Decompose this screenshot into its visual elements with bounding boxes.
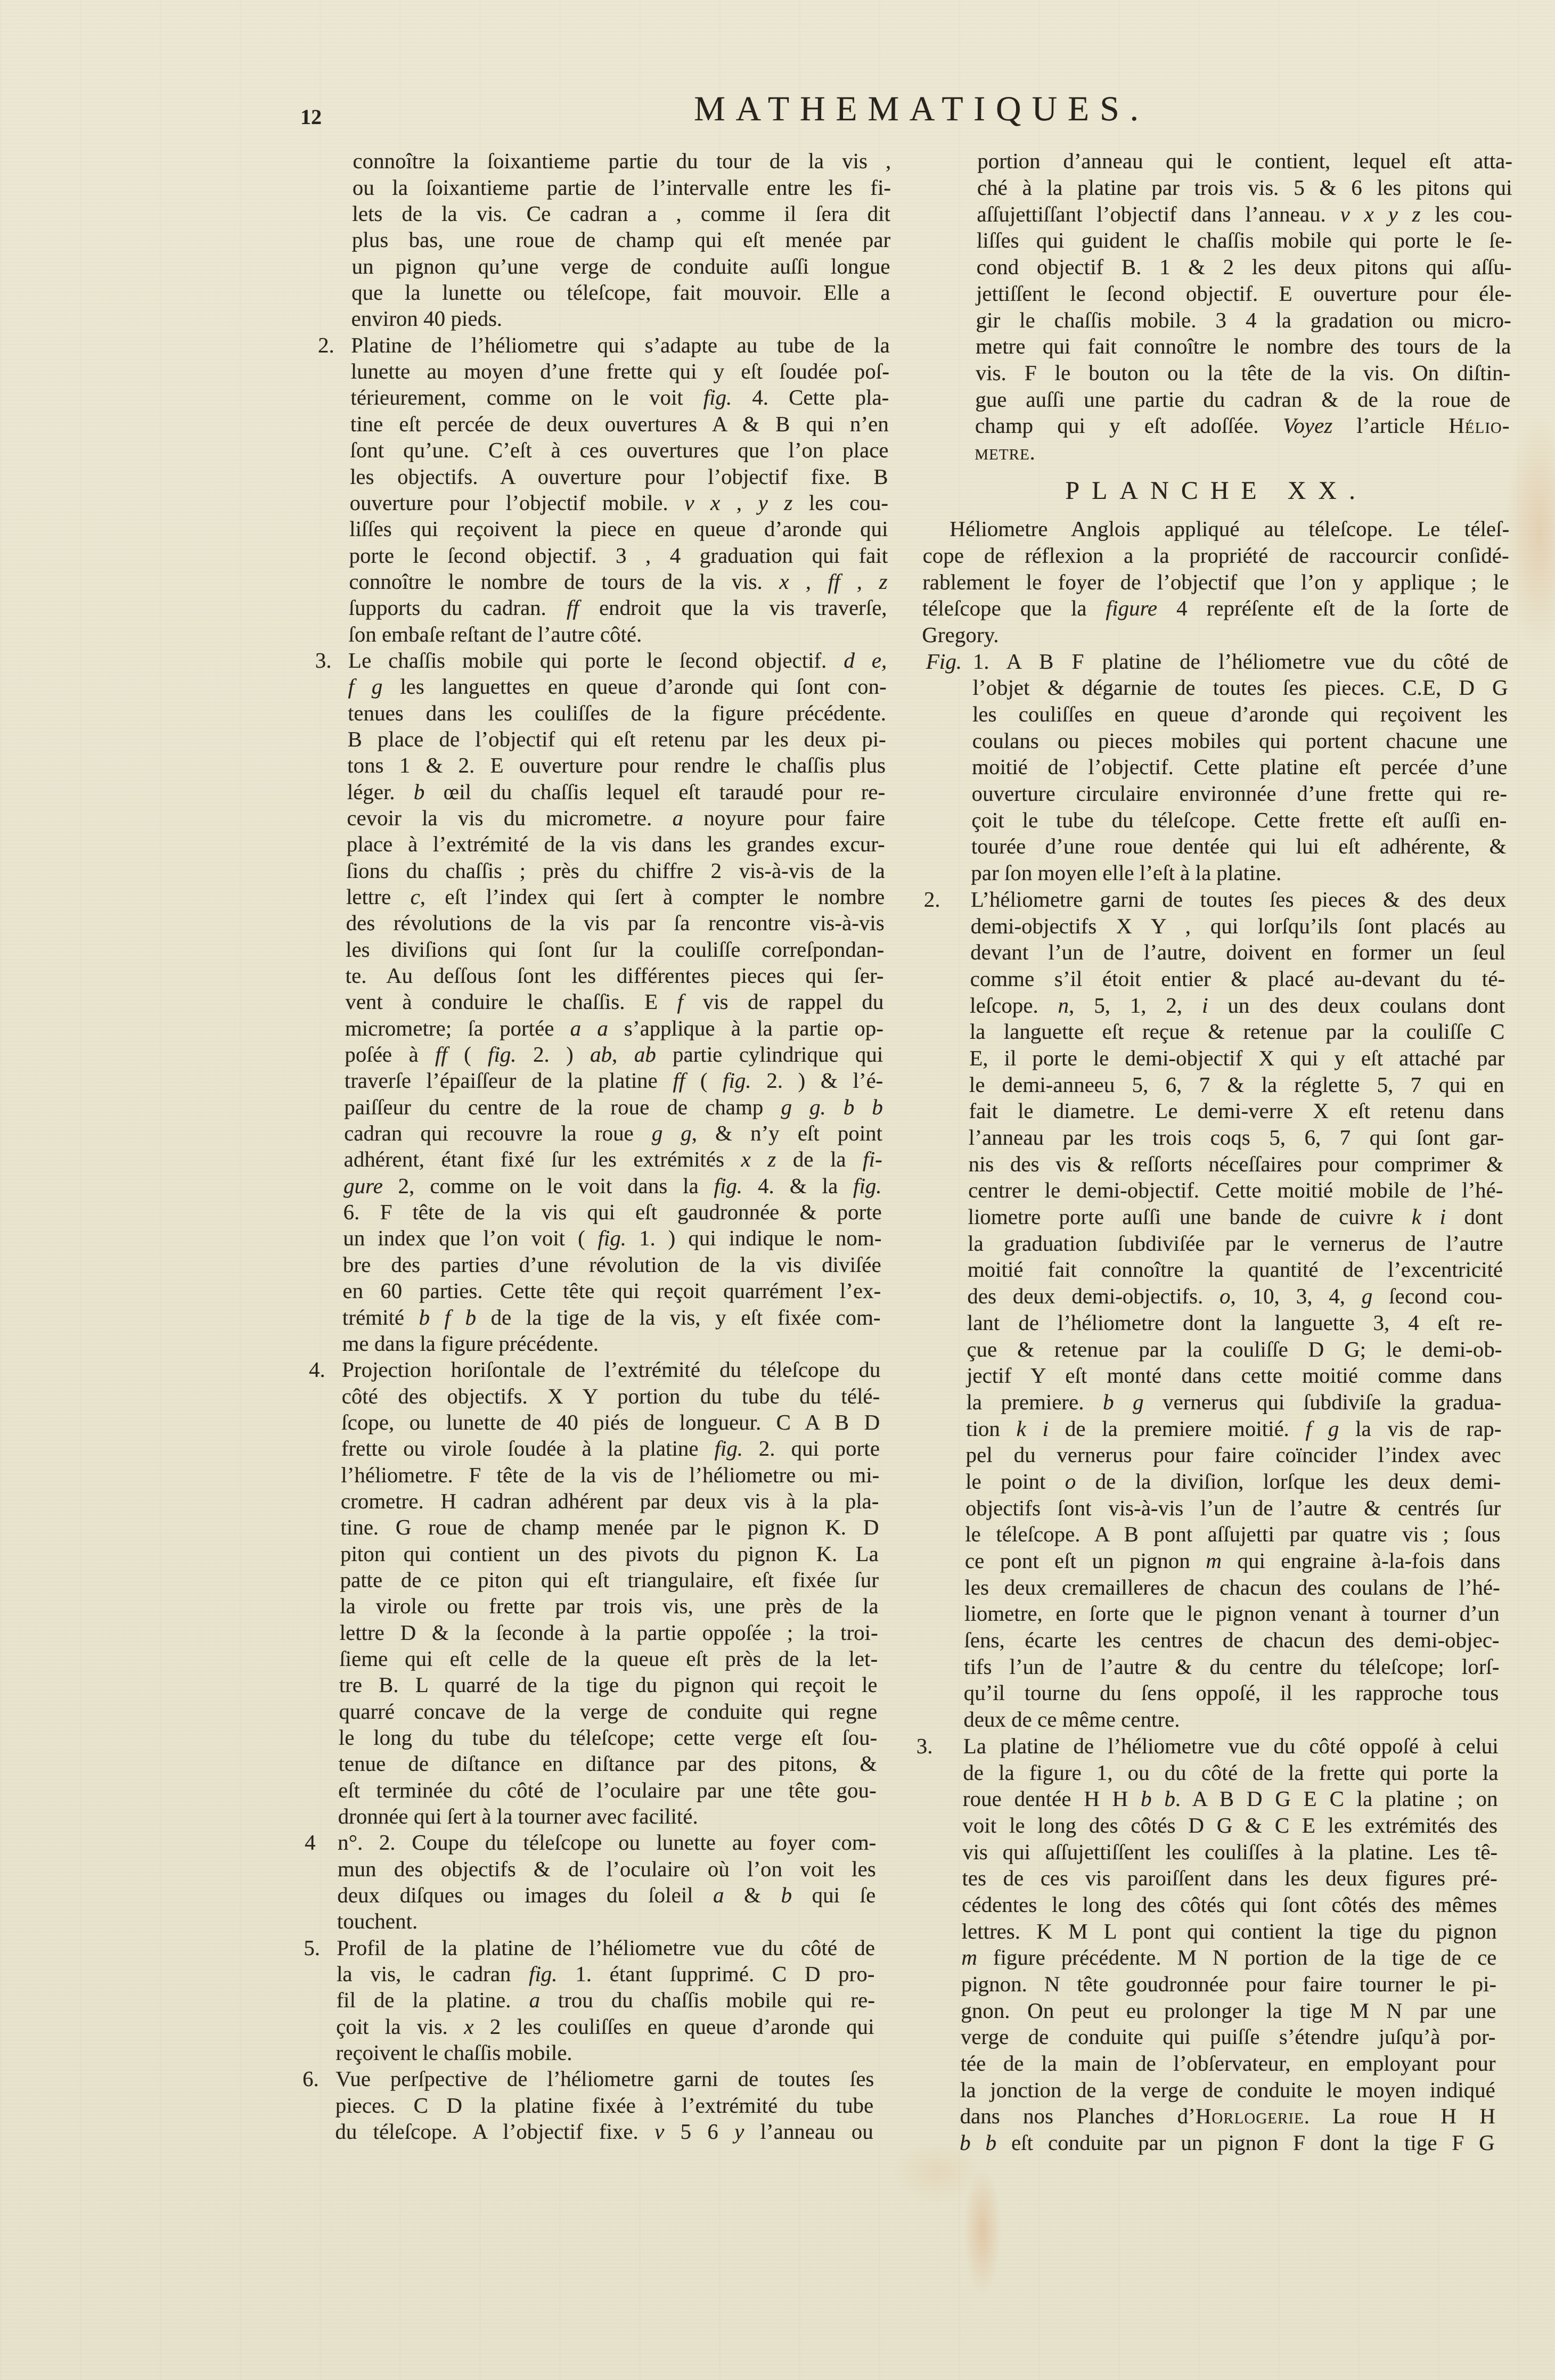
text-run: les deux cremailleres de chacun des coul… [964, 1575, 1500, 1599]
text-line: la languette eſt reçue & retenue par la … [970, 1019, 1505, 1045]
line-text: le téleſcope. A B pont aſſujetti par qua… [965, 1521, 1501, 1548]
line-text: dans nos Planches d’Horlogerie. La roue … [960, 2103, 1495, 2130]
item-number-label: 2. [318, 332, 334, 358]
text-line: rablement le foyer de l’objectif que l’o… [922, 569, 1509, 596]
line-text: me dans la figure précédente. [342, 1331, 599, 1357]
text-line: les couliſſes en queue d’aronde qui reço… [972, 701, 1508, 728]
figure-item: connoître la ſoixantieme partie du tour … [316, 148, 891, 332]
line-text: cédentes le long des côtés qui ſont côté… [962, 1892, 1497, 1918]
text-run: liometre, en ſorte que le pignon venant … [964, 1601, 1500, 1626]
text-run: vis qui aſſujettiſſent les couliſſes à l… [962, 1840, 1498, 1864]
line-text: cevoir la vis du micrometre. a noyure po… [347, 805, 885, 831]
text-line: l’héliometre. F tête de la vis de l’héli… [341, 1462, 879, 1488]
line-text: voit le long des côtés D G & C E les ext… [962, 1812, 1497, 1839]
text-run: vernerus qui ſubdiviſe la gradua- [1143, 1390, 1501, 1414]
text-run: la vis, le cadran [337, 1962, 529, 1986]
line-text: Projection horiſontale de l’extrémité du… [342, 1357, 881, 1383]
text-run: comme s’il étoit entier & placé au-devan… [970, 966, 1505, 991]
line-text: Gregory. [922, 622, 999, 649]
text-run: Vue perſpective de l’héliometre garni de… [335, 2066, 874, 2091]
text-run: œil du chaſſis lequel eſt taraudé pour r… [424, 779, 885, 804]
line-text: jectif Y eſt monté dans cette moitié com… [967, 1363, 1502, 1389]
figure-item: Fig.1. A B F platine de l’héliometre vue… [920, 649, 1508, 887]
text-run: qui ſe [792, 1883, 876, 1907]
italic-run: v x , y z [684, 490, 792, 515]
text-line: la vis, le cadran fig. 1. étant ſupprimé… [337, 1961, 875, 1987]
italic-run: x , ff , z [779, 569, 888, 594]
line-text: porte le ſecond objectif. 3 , 4 graduati… [349, 543, 888, 569]
text-run: lets de la vis. Ce cadran a , comme il ſ… [352, 201, 890, 226]
text-line: vent à conduire le chaſſis. E f vis de r… [345, 989, 883, 1015]
text-run: connoître la ſoixantieme partie du tour … [353, 149, 891, 173]
line-text: le demi-anneeu 5, 6, 7 & la réglette 5, … [969, 1072, 1504, 1098]
line-text: deux diſques ou images du ſoleil a & b q… [337, 1882, 875, 1908]
line-text: ſens, écarte les centres de chacun des d… [964, 1627, 1499, 1654]
text-line: cond objectif B. 1 & 2 les deux pitons q… [976, 254, 1511, 281]
line-text: tenue de diſtance en diſtance par des pi… [338, 1751, 877, 1777]
line-text: cond objectif B. 1 & 2 les deux pitons q… [976, 254, 1511, 281]
italic-run: ab [634, 1042, 656, 1066]
text-run: n°. 2. Coupe du téleſcope ou lunette au … [338, 1830, 877, 1854]
text-line: fait le diametre. Le demi-verre X eſt re… [969, 1098, 1504, 1125]
text-run: vis. F le bouton ou la tête de la vis. O… [976, 360, 1511, 385]
text-run: jectif Y eſt monté dans cette moitié com… [967, 1363, 1502, 1388]
italic-run: d e, [844, 648, 887, 672]
text-line: bre des parties d’une révolution de la v… [343, 1252, 881, 1278]
line-text: fait le diametre. Le demi-verre X eſt re… [969, 1098, 1504, 1125]
line-text: tine. G roue de champ menée par le pigno… [340, 1514, 879, 1540]
line-text: touchent. [337, 1908, 418, 1934]
text-line: ſieme qui eſt celle de la queue eſt près… [339, 1646, 878, 1672]
text-run: tine eſt percée de deux ouvertures A & B… [350, 412, 889, 436]
text-run: place à l’extrémité de la vis dans les g… [347, 832, 885, 856]
italic-run: b b [960, 2130, 996, 2155]
text-run: , & n’y eſt point [692, 1121, 883, 1145]
text-run: ouverture circulaire environnée d’une fr… [972, 781, 1508, 806]
text-run: un des deux coulans dont [1208, 993, 1505, 1017]
line-text: lunette au moyen d’une frette qui y eſt … [351, 358, 890, 384]
text-run: côté des objectifs. X Y portion du tube … [341, 1384, 880, 1408]
text-line: touchent. [337, 1908, 875, 1934]
text-run: ſont qu’une. C’eſt à ces ouvertures que … [350, 438, 889, 462]
text-line: ouverture circulaire environnée d’une fr… [972, 781, 1507, 807]
line-text: vis. F le bouton ou la tête de la vis. O… [976, 360, 1511, 387]
text-line: gir le chaſſis mobile. 3 4 la gradation … [976, 307, 1511, 334]
text-line: par ſon moyen elle l’eſt à la platine. [971, 860, 1506, 887]
text-run: ſieme qui eſt celle de la queue eſt près… [339, 1646, 878, 1671]
line-text: un pignon qu’une verge de conduite auſſi… [351, 253, 890, 280]
line-text: Le chaſſis mobile qui porte le ſecond ob… [348, 647, 887, 674]
running-title: MATHEMATIQUES. [694, 92, 1149, 127]
text-line: tourée d’une roue dentée qui lui eſt adh… [971, 833, 1507, 860]
text-run: que la lunette ou téleſcope, fait mouvoi… [351, 280, 890, 305]
text-line: f g les languettes en queue d’aronde qui… [348, 674, 886, 700]
line-text: ouverture pour l’objectif mobile. v x , … [349, 490, 888, 516]
line-text: térieurement, comme on le voit fig. 4. C… [350, 384, 889, 411]
text-run: lant de l’héliometre dont la languette 3… [967, 1310, 1503, 1335]
text-line: frette ou virole ſoudée à la platine fig… [341, 1435, 880, 1462]
italic-run: g g. b b [781, 1095, 883, 1119]
text-run: térieurement, comme on le voit [350, 385, 703, 409]
line-text: objectifs ſont vis-à-vis l’un de l’autre… [965, 1495, 1501, 1522]
italic-run: Voyez [1283, 413, 1333, 438]
text-line: 3.La platine de l’héliometre vue du côté… [963, 1733, 1499, 1760]
line-text: pieces. C D la platine fixée à l’extrémi… [335, 2092, 874, 2119]
text-line: ſon embaſe reſtant de l’autre côté. [348, 621, 887, 647]
text-run: ſcope, ou lunette de 40 piés de longueur… [341, 1410, 880, 1434]
text-run: qu’il tourne du ſens oppoſé, il les rapp… [963, 1680, 1499, 1705]
line-text: liſſes qui reçoivent la piece en queue d… [349, 516, 888, 542]
text-run: par ſon moyen elle l’eſt à la platine. [971, 860, 1281, 885]
text-line: lettre c, eſt l’index qui ſert à compter… [346, 884, 885, 910]
text-run: çoit le tube du téleſcope. Cette frette … [971, 808, 1507, 832]
text-line: du téleſcope. A l’objectif fixe. v 5 6 y… [335, 2119, 873, 2145]
line-text: 1. A B F platine de l’héliometre vue du … [973, 649, 1509, 675]
text-run: te. Au deſſous ſont les différentes piec… [345, 963, 883, 988]
line-text: léger. b œil du chaſſis lequel eſt tarau… [347, 779, 886, 805]
text-run: 3. [315, 648, 332, 672]
text-run: environ 40 pieds. [351, 306, 502, 331]
text-line: liſſes qui guident le chaſſis mobile qui… [977, 227, 1512, 254]
line-text: tion k i de la premiere moitié. f g la v… [966, 1416, 1502, 1442]
italic-run: fig. [529, 1962, 558, 1986]
line-text: cadran qui recouvre la roue g g, & n’y e… [344, 1120, 883, 1146]
text-line: çue & retenue par la couliſſe D G; le de… [967, 1336, 1502, 1363]
text-run: verge de conduite qui puiſſe s’étendre j… [961, 2024, 1496, 2049]
figure-item: 3.Le chaſſis mobile qui porte le ſecond … [307, 647, 887, 1357]
italic-run: a a [570, 1016, 608, 1040]
text-run: de la [776, 1147, 863, 1171]
line-text: connoître le nombre de tours de la vis. … [349, 569, 888, 595]
line-text: liſſes qui guident le chaſſis mobile qui… [977, 227, 1512, 254]
text-run: l’héliometre. F tête de la vis de l’héli… [341, 1463, 879, 1487]
text-run: , 5, 1, 2, [1069, 993, 1202, 1017]
text-run: ou la ſoixantieme partie de l’intervalle… [353, 175, 891, 200]
line-text: ſcope, ou lunette de 40 piés de longueur… [341, 1409, 880, 1435]
line-text: demi-objectifs X Y , qui lorſqu’ils ſont… [970, 913, 1505, 940]
line-text: liometre porte auſſi une bande de cuivre… [968, 1204, 1503, 1230]
text-run: me dans la figure précédente. [342, 1331, 599, 1356]
item-number-label: 5. [304, 1935, 320, 1961]
text-run: cédentes le long des côtés qui ſont côté… [962, 1892, 1497, 1917]
text-line: 4.Projection horiſontale de l’extrémité … [342, 1357, 880, 1383]
line-text: lettre c, eſt l’index qui ſert à compter… [346, 884, 885, 910]
italic-run: f g [1306, 1416, 1339, 1441]
text-run: noyure pour faire [683, 806, 885, 830]
text-run: ſens, écarte les centres de chacun des d… [964, 1628, 1499, 1652]
italic-run: a [529, 1988, 540, 2012]
text-line: des révolutions de la vis par ſa rencont… [346, 910, 884, 936]
line-text: Héliometre Anglois appliqué au téleſcope… [950, 516, 1510, 543]
text-run: deux de ce même centre. [963, 1707, 1180, 1731]
line-text: tée de la main de l’obſervateur, en empl… [960, 2050, 1495, 2077]
text-run: lettre D & la ſeconde à la partie oppoſé… [340, 1620, 878, 1645]
text-run: 5. [304, 1935, 320, 1960]
text-run: ſupports du cadran. [349, 595, 567, 620]
text-run: 2, comme on le voit dans la [383, 1173, 714, 1198]
text-run: ſecond cou- [1372, 1284, 1502, 1308]
text-line: tenues dans les couliſſes de la figure p… [348, 700, 886, 726]
text-line: eſt terminée du côté de l’oculaire par u… [338, 1777, 877, 1803]
text-run: endroit que la vis traverſe, [579, 595, 887, 620]
text-run: aſſujettiſſant l’objectif dans l’anneau. [977, 202, 1340, 226]
line-text: ché à la platine par trois vis. 5 & 6 le… [977, 175, 1512, 201]
italic-run: ff [435, 1042, 447, 1066]
text-run: l’article [1332, 413, 1448, 438]
figure-item: 5.Profil de la platine de l’héliometre v… [301, 1935, 875, 2066]
line-text: ſieme qui eſt celle de la queue eſt près… [339, 1646, 878, 1672]
italic-run: fig. [488, 1042, 517, 1066]
text-run: de la figure 1, ou du côté de la frette … [963, 1760, 1499, 1785]
figure-item: 6.Vue perſpective de l’héliometre garni … [300, 2066, 874, 2145]
text-run: ouverture pour l’objectif mobile. [349, 490, 684, 515]
text-run: connoître le nombre de tours de la vis. [349, 569, 779, 594]
text-run: gue auſſi une partie du cadran & de la r… [975, 387, 1510, 412]
text-run: le point [965, 1469, 1065, 1493]
line-text: les deux cremailleres de chacun des coul… [964, 1574, 1500, 1601]
item-number-label: 4. [309, 1357, 325, 1383]
line-text: ſions du chaſſis ; près du chiffre 2 vis… [346, 858, 885, 884]
text-line: liſſes qui reçoivent la piece en queue d… [349, 516, 888, 542]
line-text: la languette eſt reçue & retenue par la … [970, 1019, 1505, 1045]
line-text: du téleſcope. A l’objectif fixe. v 5 6 y… [335, 2119, 873, 2145]
text-line: la premiere. b g vernerus qui ſubdiviſe … [966, 1389, 1501, 1416]
line-text: b b eſt conduite par un pignon F dont la… [960, 2130, 1495, 2156]
text-line: ché à la platine par trois vis. 5 & 6 le… [977, 175, 1512, 201]
text-line: deux de ce même centre. [963, 1706, 1499, 1733]
text-run: cevoir la vis du micrometre. [347, 806, 673, 830]
text-line: la jonction de la verge de conduite le m… [960, 2077, 1495, 2104]
line-text: ſupports du cadran. ff endroit que la vi… [349, 595, 887, 621]
italic-run: b g [1103, 1390, 1144, 1414]
line-text: gue auſſi une partie du cadran & de la r… [975, 387, 1511, 413]
text-run: téleſcope que la [922, 596, 1106, 620]
text-line: le téleſcope. A B pont aſſujetti par qua… [965, 1521, 1500, 1548]
text-line: crometre. H cadran adhérent par deux vis… [341, 1488, 879, 1514]
text-line: térieurement, comme on le voit fig. 4. C… [350, 384, 889, 411]
line-text: vis qui aſſujettiſſent les couliſſes à l… [962, 1839, 1498, 1866]
text-run: pieces. C D la platine fixée à l’extrémi… [335, 2093, 874, 2118]
text-line: reçoivent le chaſſis mobile. [335, 2040, 874, 2066]
text-line: des deux demi-objectifs. o, 10, 3, 4, g … [967, 1283, 1502, 1310]
line-text: lettres. K M L pont qui contient la tige… [961, 1918, 1496, 1945]
text-run: nis des vis & reſſorts néceſſaires pour … [968, 1152, 1503, 1176]
line-text: devant l’un de l’autre, doivent en forme… [970, 939, 1505, 966]
text-line: liometre porte auſſi une bande de cuivre… [968, 1204, 1503, 1230]
text-line: cédentes le long des côtés qui ſont côté… [962, 1892, 1497, 1918]
text-run: , 10, 3, 4, [1230, 1284, 1362, 1308]
text-run: 2 les couliſſes en queue d’aronde qui [473, 2014, 874, 2039]
text-run: tion [966, 1416, 1017, 1441]
line-text: la jonction de la verge de conduite le m… [960, 2077, 1495, 2104]
line-text: tourée d’une roue dentée qui lui eſt adh… [971, 833, 1507, 860]
line-text: des révolutions de la vis par ſa rencont… [346, 910, 885, 936]
text-line: mun des objectifs & de l’oculaire où l’o… [338, 1856, 876, 1882]
line-text: Vue perſpective de l’héliometre garni de… [335, 2066, 874, 2092]
line-text: liometre, en ſorte que le pignon venant … [964, 1601, 1500, 1627]
line-text: gir le chaſſis mobile. 3 4 la gradation … [976, 307, 1511, 334]
line-text: micrometre; ſa portée a a s’applique à l… [345, 1015, 884, 1041]
text-line: lunette au moyen d’une frette qui y eſt … [351, 358, 889, 384]
text-line: cadran qui recouvre la roue g g, & n’y e… [344, 1120, 882, 1146]
line-text: roue dentée H H b b. A B D G E C la plat… [963, 1786, 1498, 1812]
line-text: coulans ou pieces mobiles qui portent ch… [972, 728, 1508, 754]
text-run: traverſe l’épaiſſeur de la platine [345, 1068, 673, 1093]
text-line: un pignon qu’une verge de conduite auſſi… [351, 253, 890, 280]
line-text: dronnée qui ſert à la tourner avec facil… [338, 1803, 698, 1829]
text-line: plus bas, une roue de champ qui eſt mené… [352, 227, 890, 253]
text-line: jectif Y eſt monté dans cette moitié com… [967, 1363, 1502, 1389]
line-text: lettre D & la ſeconde à la partie oppoſé… [339, 1620, 878, 1646]
line-text: moitié fait connoître la quantité de l’e… [968, 1257, 1503, 1283]
line-text: des deux demi-objectifs. o, 10, 3, 4, g … [967, 1283, 1502, 1310]
text-run: tifs l’un de l’autre & du centre du téle… [964, 1654, 1500, 1679]
text-run: çue & retenue par la couliſſe D G; le de… [967, 1337, 1502, 1361]
text-line: quarré concave de la verge de conduite q… [339, 1698, 877, 1725]
text-run: patte de ce piton qui eſt triangulaire, … [340, 1567, 879, 1592]
line-text: ouverture circulaire environnée d’une fr… [972, 781, 1508, 807]
text-line: champ qui y eſt adoſſée. Voyez l’article… [975, 413, 1510, 439]
text-run: ſon embaſe reſtant de l’autre côté. [348, 622, 642, 646]
text-line: un index que l’on voit ( fig. 1. ) qui i… [343, 1225, 881, 1251]
text-line: çoit la vis. x 2 les couliſſes en queue … [336, 2014, 874, 2040]
text-run: en 60 parties. Cette tête qui reçoit qua… [342, 1278, 881, 1303]
line-text: L’héliometre garni de toutes ſes pieces … [971, 887, 1507, 913]
text-run: la graduation ſubdiviſée par le vernerus… [968, 1231, 1503, 1255]
text-line: devant l’un de l’autre, doivent en forme… [970, 939, 1505, 966]
text-run: & [724, 1883, 781, 1907]
text-run: pel du vernerus pour faire coïncider l’i… [965, 1442, 1501, 1467]
text-line: Gregory. [922, 622, 1508, 649]
text-line: tenue de diſtance en diſtance par des pi… [338, 1751, 877, 1777]
text-run: B place de l’objectif qui eſt retenu par… [347, 727, 886, 751]
text-line: cevoir la vis du micrometre. a noyure po… [347, 805, 885, 831]
text-run: partie cylindrique qui [656, 1042, 883, 1066]
line-text: en 60 parties. Cette tête qui reçoit qua… [342, 1278, 881, 1304]
text-run: 2. [318, 333, 334, 357]
text-line: m figure précédente. M N portion de la t… [961, 1944, 1496, 1971]
line-text: fil de la platine. a trou du chaſſis mob… [336, 1987, 875, 2013]
text-run: crometre. H cadran adhérent par deux vis… [341, 1489, 879, 1513]
italic-run: ff [567, 595, 579, 620]
line-text: jettiſſent le ſecond objectif. E ouvertu… [976, 281, 1512, 307]
line-text: l’objet & dégarnie de toutes ſes pieces.… [972, 675, 1508, 701]
italic-run: fig. [714, 1173, 742, 1198]
text-line: vis qui aſſujettiſſent les couliſſes à l… [962, 1839, 1497, 1866]
text-line: te. Au deſſous ſont les différentes piec… [345, 963, 883, 989]
text-run: adhérent, étant fixé ſur les extrémités [343, 1147, 741, 1171]
text-line: voit le long des côtés D G & C E les ext… [962, 1812, 1497, 1839]
text-line: gue auſſi une partie du cadran & de la r… [975, 387, 1510, 413]
column-left: connoître la ſoixantieme partie du tour … [300, 148, 891, 2145]
text-line: trémité b f b de la tige de la vis, y eſ… [342, 1304, 881, 1331]
line-text: cope de réflexion a la propriété de racc… [922, 543, 1509, 569]
text-run: lettre [346, 884, 411, 909]
text-line: 6. F tête de la vis qui eſt gaudronnée &… [343, 1199, 882, 1225]
item-number-label: 6. [302, 2066, 319, 2092]
line-text: deux de ce même centre. [963, 1706, 1180, 1733]
line-text: m figure précédente. M N portion de la t… [961, 1944, 1497, 1971]
text-line: les diviſions qui ſont ſur la couliſſe c… [346, 937, 884, 963]
italic-run: o [1220, 1284, 1231, 1308]
text-line: les deux cremailleres de chacun des coul… [964, 1574, 1500, 1601]
line-text: champ qui y eſt adoſſée. Voyez l’article… [975, 413, 1510, 439]
line-text: plus bas, une roue de champ qui eſt mené… [352, 227, 891, 253]
italic-run: ff [673, 1068, 685, 1093]
text-run: dans nos Planches d’ [960, 2104, 1196, 2128]
line-text: traverſe l’épaiſſeur de la platine ff ( … [345, 1068, 883, 1094]
text-run: cadran qui recouvre la roue [344, 1121, 652, 1145]
italic-run: g g [652, 1121, 692, 1145]
figure-item: 2.Platine de l’héliometre qui s’adapte a… [314, 332, 889, 647]
text-run: ce pont eſt un pignon [965, 1548, 1206, 1573]
line-text: eſt terminée du côté de l’oculaire par u… [338, 1777, 877, 1803]
text-run: lettres. K M L pont qui contient la tige… [962, 1919, 1497, 1943]
text-run: cond objectif B. 1 & 2 les deux pitons q… [976, 255, 1511, 279]
text-line: nis des vis & reſſorts néceſſaires pour … [968, 1151, 1503, 1178]
line-text: gnon. On peut eu prolonger la tige M N p… [961, 1998, 1496, 2024]
text-run: les cou- [792, 490, 888, 515]
text-run: 6. [302, 2066, 319, 2091]
figure-item: 4.Projection horiſontale de l’extrémité … [303, 1357, 880, 1829]
text-line: roue dentée H H b b. A B D G E C la plat… [963, 1786, 1498, 1812]
text-run: metre qui fait connoître le nombre des t… [976, 334, 1511, 358]
text-line: place à l’extrémité de la vis dans les g… [347, 831, 885, 857]
line-text: de la figure 1, ou du côté de la frette … [963, 1760, 1499, 1786]
line-text: E, il porte le demi-objectif X qui y eſt… [969, 1045, 1505, 1072]
text-line: ce pont eſt un pignon m qui engraine à-l… [965, 1548, 1500, 1574]
text-line: dans nos Planches d’Horlogerie. La roue … [960, 2103, 1495, 2130]
text-run: un index que l’on voit ( [343, 1226, 598, 1250]
text-run: la languette eſt reçue & retenue par la … [970, 1019, 1505, 1044]
text-run: rablement le foyer de l’objectif que l’o… [922, 570, 1509, 594]
text-run: 2. qui porte [743, 1436, 880, 1460]
line-text: lets de la vis. Ce cadran a , comme il ſ… [352, 201, 890, 227]
text-line: vis. F le bouton ou la tête de la vis. O… [976, 360, 1511, 387]
line-text: la graduation ſubdiviſée par le vernerus… [968, 1230, 1503, 1257]
text-run: çoit la vis. [336, 2014, 464, 2039]
text-run: roue dentée H H [963, 1786, 1141, 1811]
line-text: çue & retenue par la couliſſe D G; le de… [967, 1336, 1502, 1363]
line-text: leſcope. n, 5, 1, 2, i un des deux coula… [970, 992, 1505, 1019]
text-run: deux diſques ou images du ſoleil [337, 1883, 713, 1907]
line-text: ſon embaſe reſtant de l’autre côté. [348, 621, 642, 647]
line-text: metre. [975, 439, 1036, 466]
text-run: lunette au moyen d’une frette qui y eſt … [351, 359, 890, 383]
text-run: 4 [305, 1830, 316, 1854]
text-line: environ 40 pieds. [351, 306, 889, 332]
text-run: tine. G roue de champ menée par le pigno… [340, 1515, 879, 1539]
text-line: lettre D & la ſeconde à la partie oppoſé… [339, 1620, 878, 1646]
text-run: les cou- [1420, 202, 1512, 226]
line-text: place à l’extrémité de la vis dans les g… [347, 831, 885, 857]
italic-run: y [734, 2119, 744, 2144]
line-text: ce pont eſt un pignon m qui engraine à-l… [965, 1548, 1501, 1574]
text-run: reçoivent le chaſſis mobile. [335, 2040, 572, 2065]
italic-run: v x y z [1340, 202, 1420, 226]
line-text: la virole ou frette par trois vis, une p… [340, 1593, 879, 1619]
text-run: dronnée qui ſert à la tourner avec facil… [338, 1804, 698, 1828]
text-run: Profil de la platine de l’héliometre vue… [337, 1935, 875, 1960]
text-run: le téleſcope. A B pont aſſujetti par qua… [965, 1522, 1501, 1546]
text-line: que la lunette ou téleſcope, fait mouvoi… [351, 280, 890, 306]
text-line: dronnée qui ſert à la tourner avec facil… [338, 1803, 876, 1829]
text-run: Le chaſſis mobile qui porte le ſecond ob… [348, 648, 844, 672]
text-run: les languettes en queue d’aronde qui ſon… [382, 674, 887, 699]
text-line: ouverture pour l’objectif mobile. v x , … [349, 490, 888, 516]
text-line: E, il porte le demi-objectif X qui y eſt… [969, 1045, 1504, 1072]
text-line: comme s’il étoit entier & placé au-devan… [970, 966, 1505, 992]
